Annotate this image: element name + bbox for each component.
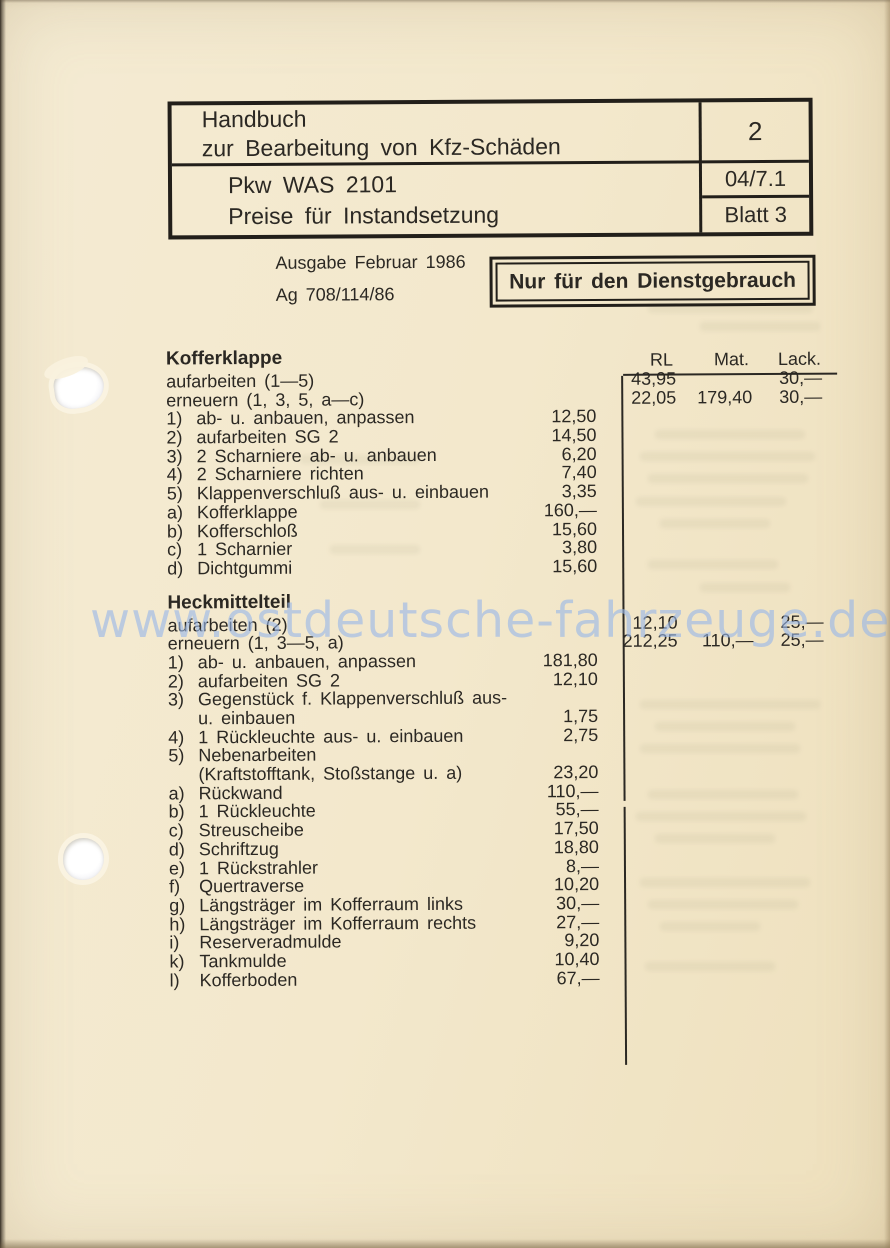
rl-value: 43,95 [606,370,676,389]
item-value: 12,50 [526,407,596,426]
item-label: Klappenverschluß aus- u. einbauen [197,483,527,504]
item-number: 2) [168,672,198,691]
item-filler [597,443,837,463]
item-label: 1 Scharnier [197,539,527,560]
vehicle-model: Pkw WAS 2101 Preise für Instandsetzung [172,163,702,235]
section-code: 04/7.1 [702,163,809,198]
item-number: 4) [168,728,198,747]
item-number: k) [169,952,199,971]
item-filler [600,967,840,987]
item-filler [597,499,837,519]
item-value [528,744,598,763]
item-value: 15,60 [527,557,597,576]
item-value: 18,80 [529,838,599,857]
item-number: d) [167,559,197,578]
item-label: ab- u. anbauen, anpassen [196,408,526,429]
item-filler [598,724,838,744]
item-filler [597,462,837,482]
item-value: 55,— [529,800,599,819]
item-number: 2) [166,428,196,447]
item-filler [596,406,836,426]
item-number: i) [169,934,199,953]
item-label: Streuscheibe [199,820,529,841]
issue-date: Ausgabe Februar 1986 [275,252,465,285]
item-filler [598,743,838,763]
item-number: 1) [166,410,196,429]
item-filler [596,425,836,445]
item-filler [599,892,839,912]
item-value: 15,60 [527,519,597,538]
item-number: 3) [167,447,197,466]
item-label: 2 Scharniere ab- u. anbauen [197,445,527,466]
item-value: 3,80 [527,538,597,557]
item-label: aufarbeiten SG 2 [196,426,526,447]
price-table: Kofferklappeaufarbeiten (1—5)43,9530,—er… [166,344,840,990]
item-label: Nebenarbeiten [198,745,528,766]
item-value: 17,50 [529,819,599,838]
item-value [528,688,598,707]
item-row: l)Kofferboden67,— [170,967,840,990]
item-filler [599,836,839,856]
item-label: 1 Rückleuchte [199,801,529,822]
item-label: Dichtgummi [197,557,527,578]
summary-label: aufarbeiten (1—5) [166,370,606,391]
item-value: 9,20 [529,931,599,950]
section-title: Kofferklappe [166,344,836,373]
lack-value: 30,— [752,387,822,406]
item-number: c) [167,540,197,559]
item-number: f) [169,877,199,896]
item-number: 5) [167,484,197,503]
lack-value: 30,— [752,369,822,388]
item-filler [597,481,837,501]
item-number: g) [169,896,199,915]
item-value: 181,80 [528,651,598,670]
item-value: 8,— [529,856,599,875]
item-value: 14,50 [526,426,596,445]
item-number: h) [169,915,199,934]
item-label: Kofferklappe [197,501,527,522]
item-number: l) [170,971,200,990]
vehicle-model-line2: Preise für Instandsetzung [228,198,699,232]
item-label: Schriftzug [199,838,529,859]
item-label: 1 Rückstrahler [199,857,529,878]
item-label: (Kraftstofftank, Stoßstange u. a) [198,763,528,784]
item-label: Rückwand [198,782,528,803]
item-value: 7,40 [527,463,597,482]
item-value: 30,— [529,894,599,913]
item-filler [597,537,837,557]
item-number: c) [169,821,199,840]
item-filler [598,762,838,782]
item-filler [599,949,839,969]
item-number: d) [169,840,199,859]
item-filler [597,555,837,575]
header-right-cells: 04/7.1 Blatt 3 [702,163,809,233]
item-number: 1) [168,653,198,672]
item-number: b) [169,803,199,822]
item-value: 2,75 [528,726,598,745]
item-filler [599,930,839,950]
item-filler [597,518,837,538]
item-filler [598,780,838,800]
item-value: 10,20 [529,875,599,894]
item-value: 27,— [529,913,599,932]
item-label: 1 Rückleuchte aus- u. einbauen [198,726,528,747]
rl-value: 22,05 [606,388,676,407]
manual-title-line2: zur Bearbeitung von Kfz-Schäden [202,131,699,163]
scanned-document-page: Handbuch zur Bearbeitung von Kfz-Schäden… [0,0,890,1248]
issue-reference: Ag 708/114/86 [276,284,466,317]
punch-hole-bottom [63,838,104,880]
item-label: Gegenstück f. Klappenverschluß aus- [198,689,528,710]
item-number: e) [169,859,199,878]
item-number [168,765,198,784]
item-label: Längsträger im Kofferraum links [199,894,529,915]
price-section: Kofferklappeaufarbeiten (1—5)43,9530,—er… [166,344,837,578]
item-label: ab- u. anbauen, anpassen [198,651,528,672]
item-filler [598,706,838,726]
item-value: 110,— [528,782,598,801]
item-value: 6,20 [527,445,597,464]
item-value: 160,— [527,501,597,520]
item-label: Kofferschloß [197,520,527,541]
item-row: d)Dichtgummi15,60 [167,555,837,578]
item-number: 4) [167,466,197,485]
item-value: 1,75 [528,707,598,726]
item-number: a) [168,784,198,803]
item-filler [599,818,839,838]
item-number: 5) [168,747,198,766]
issue-info: Ausgabe Februar 1986 Ag 708/114/86 [275,252,466,317]
item-value: 3,35 [527,482,597,501]
mat-value: 179,40 [676,388,752,407]
watermark-text: www.ostdeutsche-fahrzeuge.de [90,592,890,649]
item-label: Reserveradmulde [199,932,529,953]
item-filler [599,855,839,875]
item-label: Quertraverse [199,876,529,897]
manual-title-line1: Handbuch [202,102,699,134]
item-filler [598,668,838,688]
item-label: Längsträger im Kofferraum rechts [199,913,529,934]
document-number: 2 [702,102,809,164]
item-number: 3) [168,691,198,710]
item-number: a) [167,503,197,522]
item-value: 67,— [530,969,600,988]
item-label: Tankmulde [199,950,529,971]
item-filler [599,799,839,819]
item-filler [599,874,839,894]
item-label: Kofferboden [200,969,530,990]
item-label: u. einbauen [198,707,528,728]
item-value: 23,20 [528,763,598,782]
sheet-number: Blatt 3 [702,197,809,232]
item-filler [599,911,839,931]
mat-value [676,369,752,388]
classification-text: Nur für den Dienstgebrauch [495,261,809,302]
item-value: 10,40 [529,950,599,969]
vehicle-model-line1: Pkw WAS 2101 [228,167,699,201]
classification-stamp: Nur für den Dienstgebrauch [489,255,815,308]
document-header-box: Handbuch zur Bearbeitung von Kfz-Schäden… [168,98,814,240]
item-filler [598,650,838,670]
item-value: 12,10 [528,670,598,689]
item-number: b) [167,522,197,541]
item-number [168,709,198,728]
item-filler [598,687,838,707]
manual-title: Handbuch zur Bearbeitung von Kfz-Schäden [172,102,702,166]
